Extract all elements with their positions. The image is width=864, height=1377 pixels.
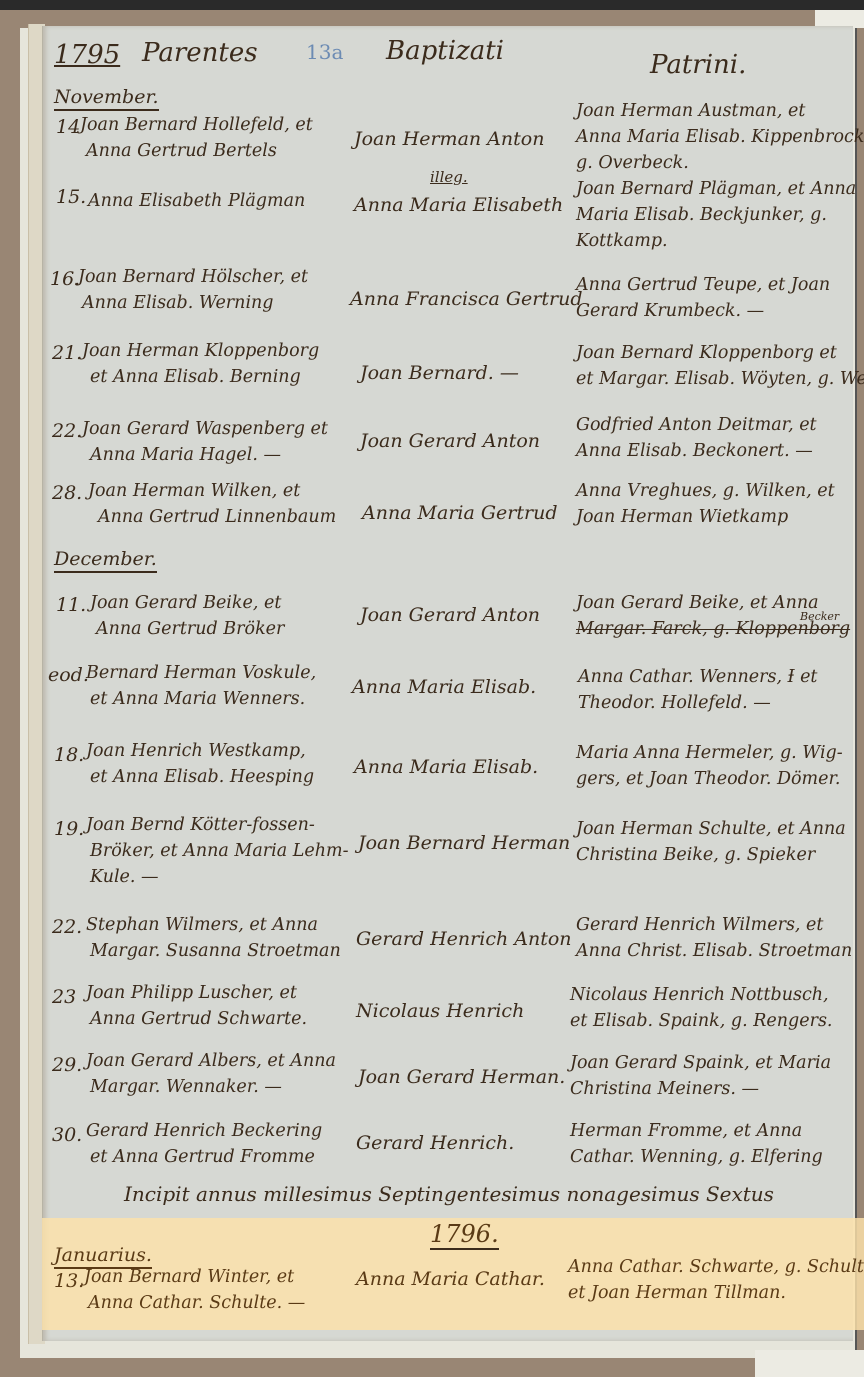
entry-godparents: Nicolaus Henrich Nottbusch, et Elisab. S…	[570, 982, 832, 1034]
entry-day: 29.	[52, 1054, 82, 1076]
entry-baptized: Joan Bernard. —	[360, 362, 519, 384]
entry-day: 23	[52, 986, 76, 1008]
entry-parents: Joan Bernard Hölscher, et Anna Elisab. W…	[78, 264, 308, 316]
correction-note: Becker	[800, 610, 839, 623]
entry-parents: Gerard Henrich Beckering et Anna Gertrud…	[86, 1118, 322, 1170]
entry-day: 11.	[56, 594, 86, 616]
entry-day: 18.	[54, 744, 84, 766]
entry-baptized: Anna Maria Gertrud	[362, 502, 558, 524]
month-heading-november: November.	[54, 86, 159, 111]
entry-baptized: Joan Gerard Anton	[360, 604, 540, 626]
entry-parents: Joan Gerard Beike, et Anna Gertrud Bröke…	[90, 590, 284, 642]
entry-godparents: Joan Herman Schulte, et Anna Christina B…	[576, 816, 846, 868]
entry-godparents: Anna Vreghues, g. Wilken, et Joan Herman…	[576, 478, 835, 530]
new-year-heading: 1796.	[430, 1220, 499, 1250]
entry-baptized: Joan Bernard Herman	[358, 832, 570, 854]
entry-godparents: Gerard Henrich Wilmers, et Anna Christ. …	[576, 912, 852, 964]
entry-godparents: Joan Herman Austman, et Anna Maria Elisa…	[576, 98, 864, 176]
entry-day: 22.	[52, 420, 82, 442]
entry-day: 13.	[54, 1270, 84, 1292]
paper-tab-bottom	[755, 1350, 864, 1377]
entry-baptized: Anna Maria Cathar.	[356, 1268, 545, 1290]
entry-parents: Joan Gerard Waspenberg et Anna Maria Hag…	[82, 416, 328, 468]
entry-baptized: Nicolaus Henrich	[356, 1000, 524, 1022]
entry-parents: Joan Philipp Luscher, et Anna Gertrud Sc…	[86, 980, 307, 1032]
entry-day: 19.	[54, 818, 84, 840]
entry-godparents: Godfried Anton Deitmar, et Anna Elisab. …	[576, 412, 817, 464]
entry-parents: Joan Herman Wilken, et Anna Gertrud Linn…	[88, 478, 336, 530]
entry-day: 14	[56, 116, 80, 138]
entry-godparents: Joan Bernard Kloppenborg et et Margar. E…	[576, 340, 864, 392]
column-header-godparents: Patrini.	[650, 50, 746, 80]
entry-baptized: Gerard Henrich.	[356, 1132, 514, 1154]
illegitimate-note: illeg.	[430, 168, 468, 186]
entry-godparents: Joan Gerard Spaink, et Maria Christina M…	[570, 1050, 831, 1102]
scanner-top-border	[0, 0, 864, 10]
year-heading: 1795	[54, 40, 120, 70]
entry-baptized: Anna Maria Elisab.	[352, 676, 536, 698]
month-heading-december: December.	[54, 548, 157, 573]
entry-parents: Joan Henrich Westkamp, et Anna Elisab. H…	[86, 738, 314, 790]
entry-godparents: Maria Anna Hermeler, g. Wig- gers, et Jo…	[576, 740, 843, 792]
entry-godparents: Anna Cathar. Schwarte, g. Schulte et Joa…	[568, 1254, 864, 1306]
entry-day: eod.	[48, 664, 89, 686]
entry-parents: Joan Bernard Winter, et Anna Cathar. Sch…	[84, 1264, 305, 1316]
column-header-baptized: Baptizati	[386, 36, 504, 66]
entry-baptized: Anna Maria Elisab.	[354, 756, 538, 778]
entry-baptized: Joan Gerard Herman.	[358, 1066, 565, 1088]
entry-baptized: Joan Gerard Anton	[360, 430, 540, 452]
column-header-parents: Parentes	[142, 38, 258, 68]
entry-godparents: Anna Cathar. Wenners, Ɨ et Theodor. Holl…	[578, 664, 817, 716]
entry-baptized: Anna Maria Elisabeth	[354, 194, 563, 216]
entry-godparents: Joan Bernard Plägman, et Anna Maria Elis…	[576, 176, 856, 254]
page-number: 13a	[306, 40, 343, 64]
entry-godparents: Anna Gertrud Teupe, et Joan Gerard Krumb…	[576, 272, 830, 324]
entry-parents: Joan Bernd Kötter-fossen- Bröker, et Ann…	[86, 812, 348, 890]
entry-day: 30.	[52, 1124, 82, 1146]
entry-parents: Joan Herman Kloppenborg et Anna Elisab. …	[82, 338, 319, 390]
entry-baptized: Anna Francisca Gertrud	[350, 288, 583, 310]
new-year-note: Incipit annus millesimus Septingentesimu…	[124, 1182, 774, 1206]
entry-baptized: Gerard Henrich Anton	[356, 928, 572, 950]
entry-parents: Stephan Wilmers, et Anna Margar. Susanna…	[86, 912, 341, 964]
entry-day: 16.	[50, 268, 80, 290]
entry-day: 21.	[52, 342, 82, 364]
entry-parents: Anna Elisabeth Plägman	[88, 188, 305, 214]
entry-day: 22.	[52, 916, 82, 938]
entry-day: 28.	[52, 482, 82, 504]
entry-parents: Joan Gerard Albers, et Anna Margar. Wenn…	[86, 1048, 336, 1100]
entry-parents: Joan Bernard Hollefeld, et Anna Gertrud …	[80, 112, 313, 164]
entry-godparents: Herman Fromme, et Anna Cathar. Wenning, …	[570, 1118, 823, 1170]
entry-day: 15.	[56, 186, 86, 208]
entry-baptized: Joan Herman Anton	[354, 128, 544, 150]
entry-parents: Bernard Herman Voskule, et Anna Maria We…	[86, 660, 316, 712]
